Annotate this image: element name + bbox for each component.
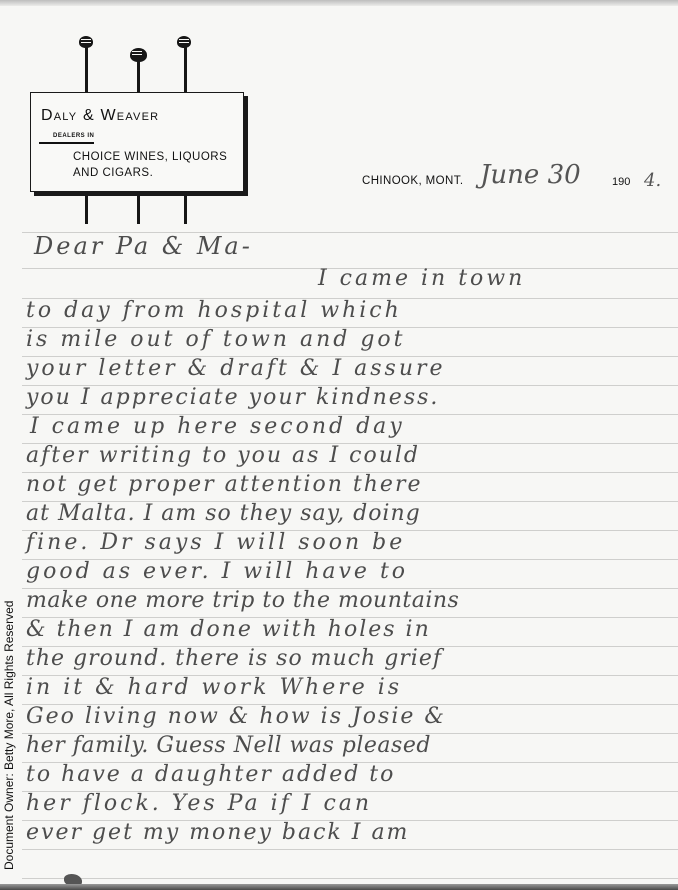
- letter-line: good as ever. I will have to: [26, 559, 408, 584]
- ornament-stem: [137, 60, 140, 93]
- ruled-line: [22, 878, 678, 879]
- letter-line: your letter & draft & I assure: [26, 356, 446, 381]
- ornament-stem: [184, 46, 187, 93]
- letter-line: ever get my money back I am: [26, 820, 409, 845]
- letter-line: her flock. Yes Pa if I can: [26, 791, 372, 816]
- place-printed: CHINOOK, MONT.: [362, 175, 463, 187]
- letter-line: in it & hard work Where is: [26, 675, 402, 700]
- page-top-edge: [0, 0, 678, 6]
- letter-line: at Malta. I am so they say, doing: [26, 501, 421, 526]
- year-printed: 190: [612, 176, 630, 188]
- letter-line: I came in town: [318, 266, 525, 291]
- letter-line: is mile out of town and got: [26, 327, 406, 352]
- letter-line: make one more trip to the mountains: [26, 588, 459, 613]
- goods-line-2: AND CIGARS.: [73, 167, 153, 179]
- letter-line: her family. Guess Nell was pleased: [26, 733, 431, 758]
- letter-line: not get proper attention there: [26, 472, 422, 497]
- ruled-line: [22, 849, 678, 850]
- letter-line: fine. Dr says I will soon be: [26, 530, 405, 555]
- firm-name: Daly & Weaver: [41, 107, 159, 125]
- ornament-stem: [137, 194, 140, 224]
- letter-line: & then I am done with holes in: [26, 617, 431, 642]
- year-handwritten: 4.: [644, 170, 661, 191]
- letterhead-box: Daly & Weaver DEALERS IN CHOICE WINES, L…: [30, 92, 244, 192]
- salutation: Dear Pa & Ma-: [34, 232, 253, 260]
- date-handwritten: June 30: [480, 160, 581, 190]
- ornament-stem: [85, 46, 88, 93]
- goods-line-1: CHOICE WINES, LIQUORS: [73, 151, 227, 163]
- letter-page: Daly & Weaver DEALERS IN CHOICE WINES, L…: [0, 0, 678, 890]
- letter-line: I came up here second day: [30, 414, 405, 439]
- letter-line: Geo living now & how is Josie &: [26, 704, 446, 729]
- dealers-label: DEALERS IN: [53, 133, 94, 139]
- ornament-stem: [184, 194, 187, 224]
- copyright-watermark: Document Owner: Betty More, All Rights R…: [2, 601, 16, 870]
- ornament-stem: [85, 194, 88, 224]
- letter-line: you I appreciate your kindness.: [26, 385, 439, 410]
- letter-line: after writing to you as I could: [26, 443, 420, 468]
- dealers-underline: [39, 142, 94, 144]
- letter-line: to day from hospital which: [26, 298, 402, 323]
- page-bottom-edge: [0, 884, 678, 890]
- letter-line: the ground. there is so much grief: [26, 646, 442, 671]
- letter-line: to have a daughter added to: [26, 762, 395, 787]
